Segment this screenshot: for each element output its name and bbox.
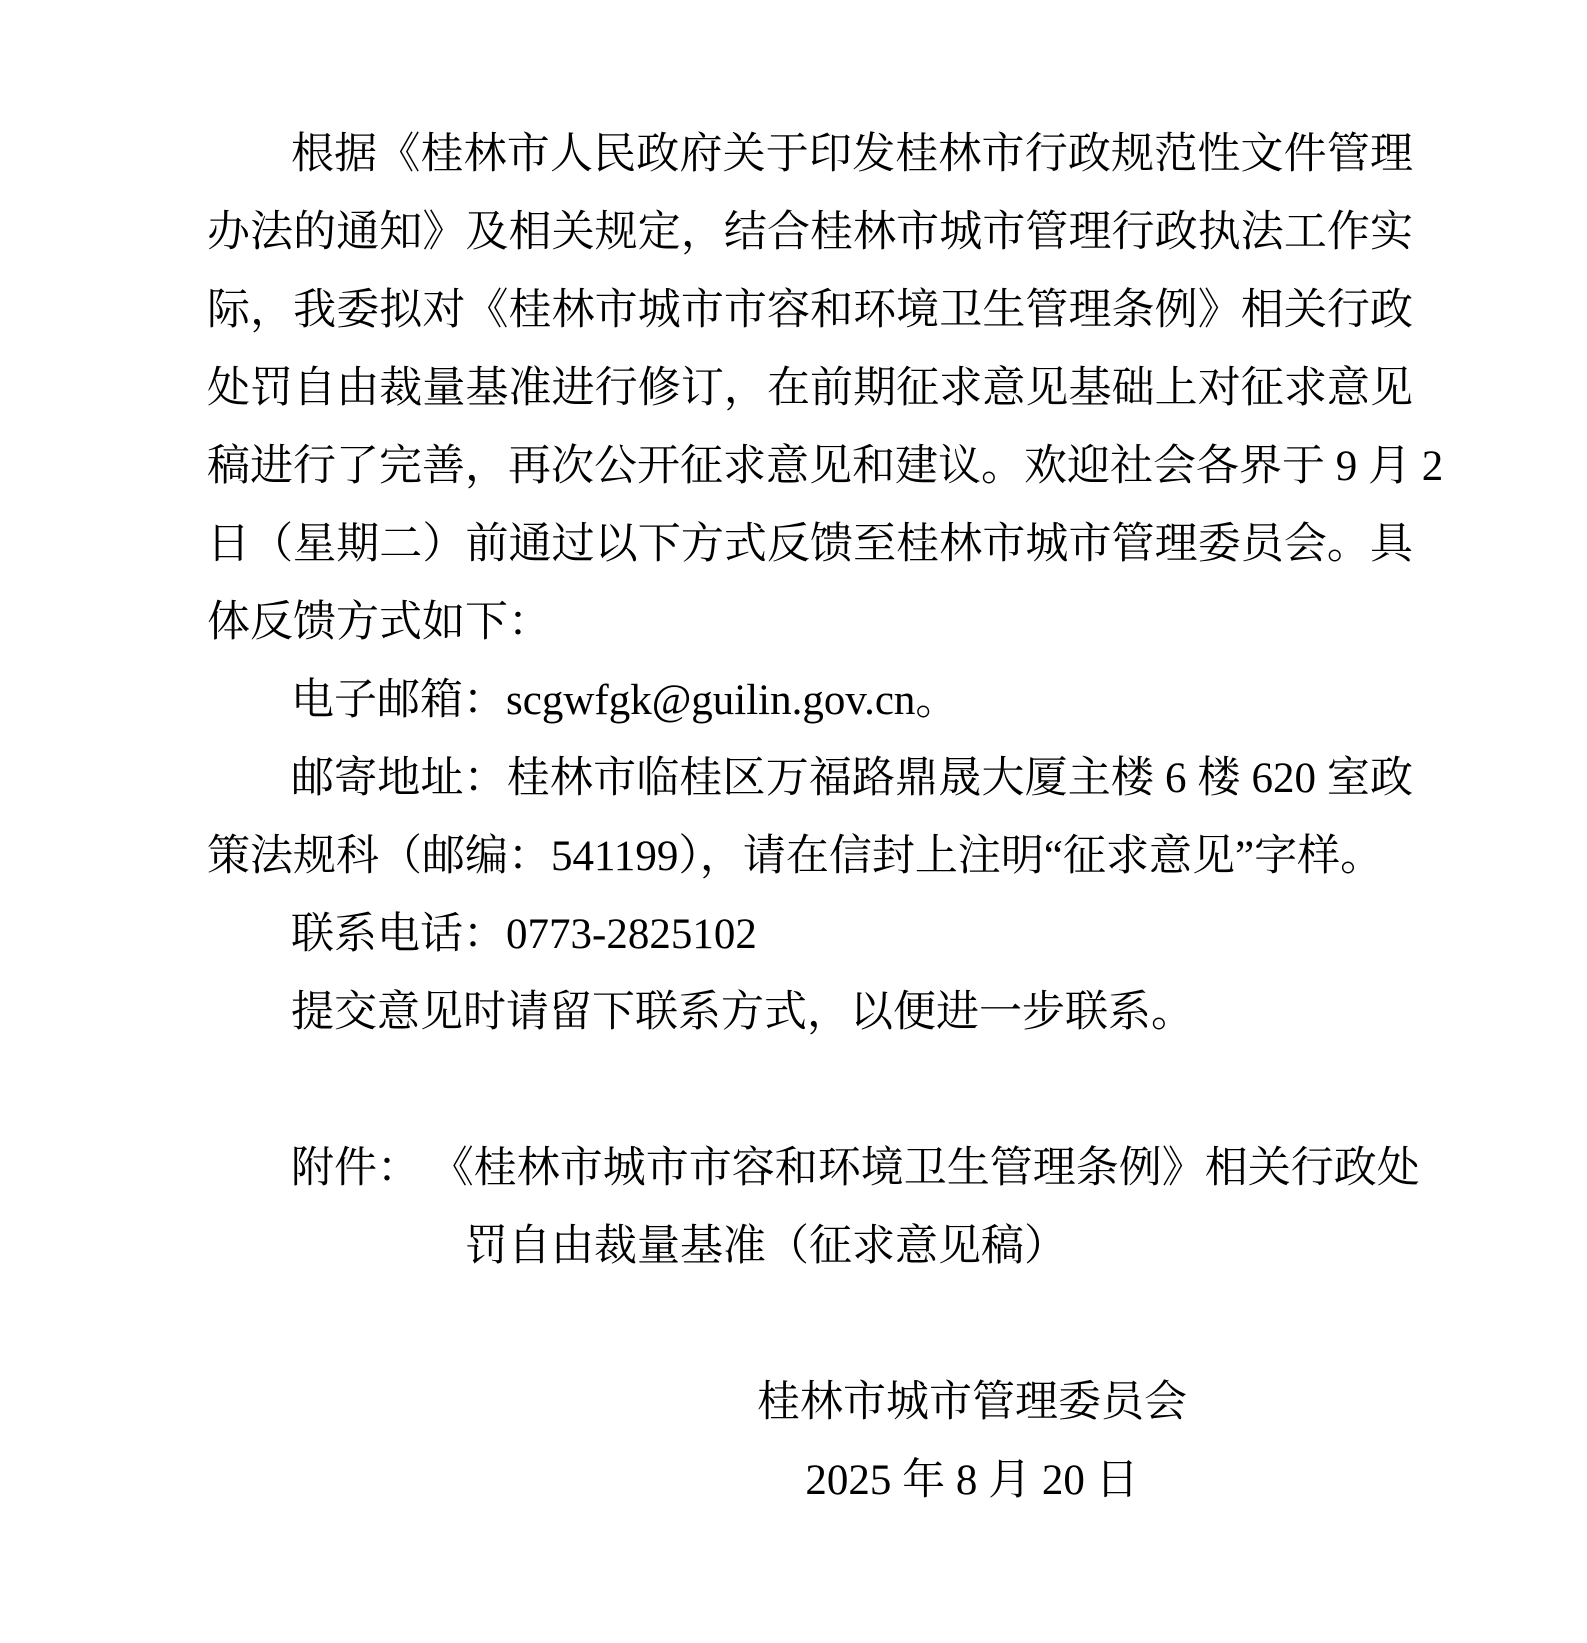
body-line-1: 根据《桂林市人民政府关于印发桂林市行政规范性文件管理	[207, 116, 1413, 194]
body-line-5: 稿进行了完善，再次公开征求意见和建议。欢迎社会各界于 9 月 2	[207, 428, 1413, 506]
body-line-2: 办法的通知》及相关规定，结合桂林市城市管理行政执法工作实	[207, 194, 1413, 272]
signature-date: 2025 年 8 月 20 日	[529, 1442, 1415, 1520]
spacer-row	[207, 1052, 1413, 1130]
phone-line: 联系电话：0773-2825102	[207, 896, 1413, 974]
address-line-2: 策法规科（邮编：541199），请在信封上注明“征求意见”字样。	[207, 818, 1413, 896]
followup-line: 提交意见时请留下联系方式，以便进一步联系。	[207, 974, 1413, 1052]
email-line: 电子邮箱：scgwfgk@guilin.gov.cn。	[207, 662, 1413, 740]
attachment-line-1: 附件： 《桂林市城市市容和环境卫生管理条例》相关行政处	[207, 1130, 1413, 1208]
body-line-4: 处罚自由裁量基准进行修订，在前期征求意见基础上对征求意见	[207, 350, 1413, 428]
attachment-line-2: 罚自由裁量基准（征求意见稿）	[207, 1208, 1413, 1286]
address-line-1: 邮寄地址：桂林市临桂区万福路鼎晟大厦主楼 6 楼 620 室政	[207, 740, 1413, 818]
spacer-row	[207, 1286, 1413, 1364]
body-line-6: 日（星期二）前通过以下方式反馈至桂林市城市管理委员会。具	[207, 506, 1413, 584]
body-line-7: 体反馈方式如下：	[207, 584, 1413, 662]
document-page: 根据《桂林市人民政府关于印发桂林市行政规范性文件管理 办法的通知》及相关规定，结…	[0, 0, 1587, 1643]
body-line-3: 际，我委拟对《桂林市城市市容和环境卫生管理条例》相关行政	[207, 272, 1413, 350]
signature-org: 桂林市城市管理委员会	[529, 1364, 1415, 1442]
